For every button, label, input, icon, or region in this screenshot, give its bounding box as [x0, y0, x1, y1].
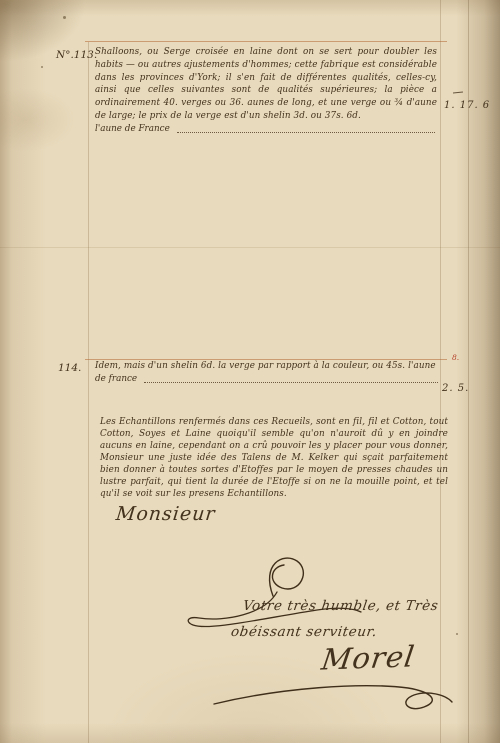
entry-text-tail: l'aune de France — [95, 123, 170, 136]
ink-mark — [453, 91, 463, 93]
ruled-line-top — [85, 41, 447, 42]
signature: Morel — [319, 639, 417, 676]
entry-text: Idem, mais d'un shelin 6d. la verge par … — [95, 360, 440, 373]
salutation: Monsieur — [115, 503, 217, 525]
leader-row: de france — [95, 373, 440, 386]
manuscript-page: N°.113. Shalloons, ou Serge croisée en l… — [0, 0, 500, 743]
fold-crease-horizontal — [0, 247, 500, 248]
fold-crease-left — [88, 42, 89, 743]
red-margin-mark: 8. — [452, 353, 459, 362]
valediction-line-2: obéissant serviteur. — [230, 624, 378, 640]
ink-speck — [456, 633, 458, 635]
dotted-leader — [177, 131, 435, 133]
entry-number: 114. — [58, 362, 81, 374]
fold-crease-right — [440, 0, 441, 743]
entry-body: Shalloons, ou Serge croisée en laine don… — [95, 46, 437, 136]
entry-number: N°.113. — [56, 49, 97, 61]
closing-paragraph: Les Echantillons renfermés dans ces Recu… — [100, 416, 448, 500]
entry-price: 1. 17. 6 — [444, 100, 490, 111]
entry-text-tail: de france — [95, 373, 137, 386]
leader-row: l'aune de France — [95, 123, 437, 136]
entry-text: Shalloons, ou Serge croisée en laine don… — [95, 46, 437, 123]
entry-body: Idem, mais d'un shelin 6d. la verge par … — [95, 360, 440, 386]
page-edge-crease — [468, 0, 469, 743]
ink-speck — [41, 66, 43, 68]
valediction-line-1: Votre très humble, et Très — [242, 598, 440, 614]
signature-underline-swash — [210, 676, 470, 718]
ink-speck — [63, 16, 66, 19]
entry-price: 2. 5. — [442, 383, 469, 394]
dotted-leader — [144, 381, 438, 383]
